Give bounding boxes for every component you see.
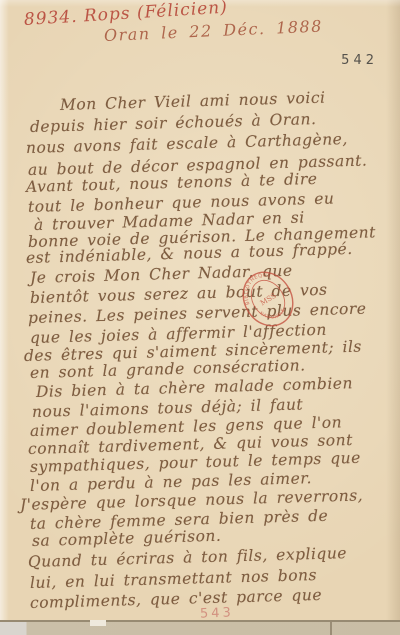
letter-line: sa complète guérison.	[32, 527, 222, 550]
scan-edge-notch	[90, 620, 106, 626]
letter-scan-page: 8934. Rops (Félicien) Oran le 22 Déc. 18…	[0, 0, 400, 635]
scan-edge-seam	[330, 622, 332, 635]
folio-number-top: 542	[341, 53, 378, 68]
stamp-center-text: MSS	[258, 291, 277, 308]
scan-edge-strip	[0, 620, 400, 635]
